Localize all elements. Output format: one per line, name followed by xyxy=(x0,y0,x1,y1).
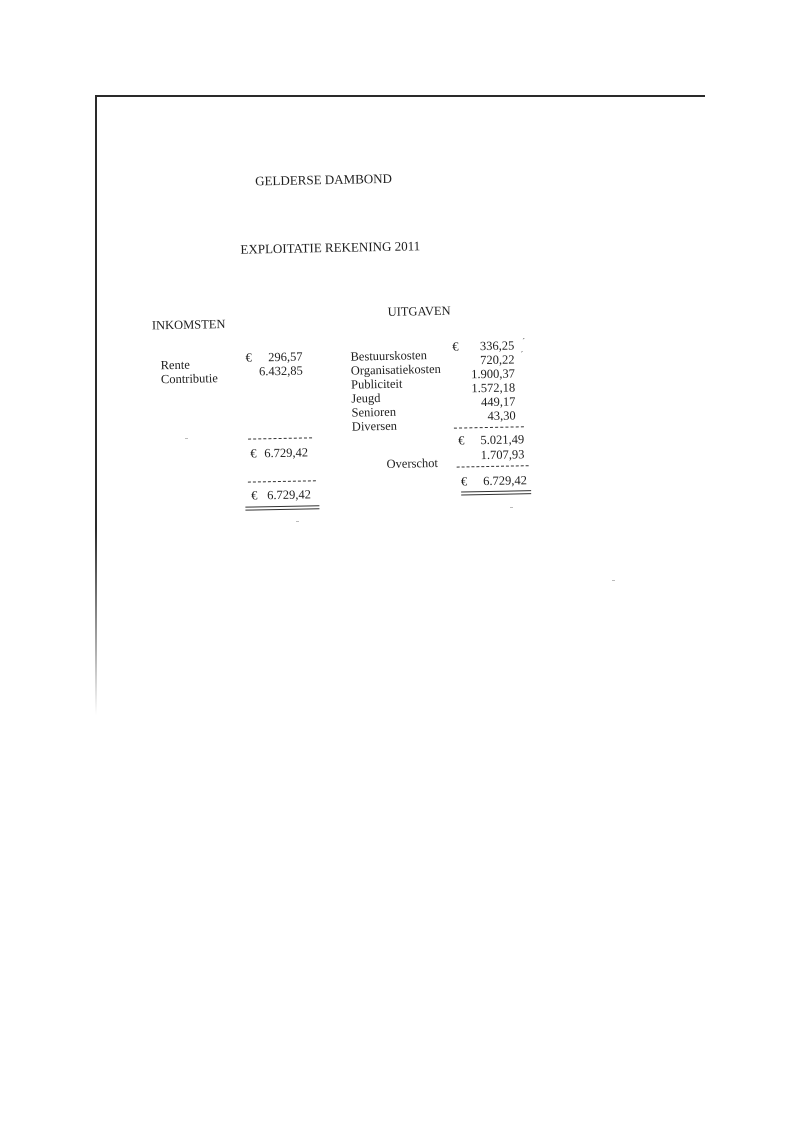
scan-speck xyxy=(185,438,188,439)
organization-name: GELDERSE DAMBOND xyxy=(255,171,392,190)
subtotal-line xyxy=(454,426,524,428)
subtotal-line xyxy=(248,437,312,439)
income-amount: 6.432,85 xyxy=(241,364,303,380)
document-title: EXPLOITATIE REKENING 2011 xyxy=(240,238,420,257)
expense-subtotal: 5.021,49 xyxy=(458,432,524,448)
euro-sign: € xyxy=(251,488,258,503)
expense-amount: 43,30 xyxy=(452,408,516,424)
check-mark: ´ xyxy=(520,349,523,359)
total-double-underline xyxy=(245,505,319,510)
scan-speck xyxy=(296,521,299,522)
income-heading: INKOMSTEN xyxy=(152,317,226,333)
expense-total: 6.729,42 xyxy=(463,473,527,489)
surplus-amount: 1.707,93 xyxy=(458,447,524,463)
scan-speck xyxy=(510,507,513,508)
euro-sign: € xyxy=(250,446,257,461)
check-mark: ´ xyxy=(522,336,525,346)
income-total: 6.729,42 xyxy=(267,487,311,503)
total-line xyxy=(457,465,529,467)
surplus-label: Overschot xyxy=(386,456,438,472)
expense-label: Diversen xyxy=(352,419,397,435)
total-double-underline xyxy=(461,490,531,495)
total-line xyxy=(248,480,316,482)
income-subtotal: 6.729,42 xyxy=(264,445,308,461)
document-page: GELDERSE DAMBOND EXPLOITATIE REKENING 20… xyxy=(0,0,800,806)
scan-speck xyxy=(612,580,615,581)
expense-heading: UITGAVEN xyxy=(388,304,451,320)
income-label: Contributie xyxy=(161,371,218,387)
